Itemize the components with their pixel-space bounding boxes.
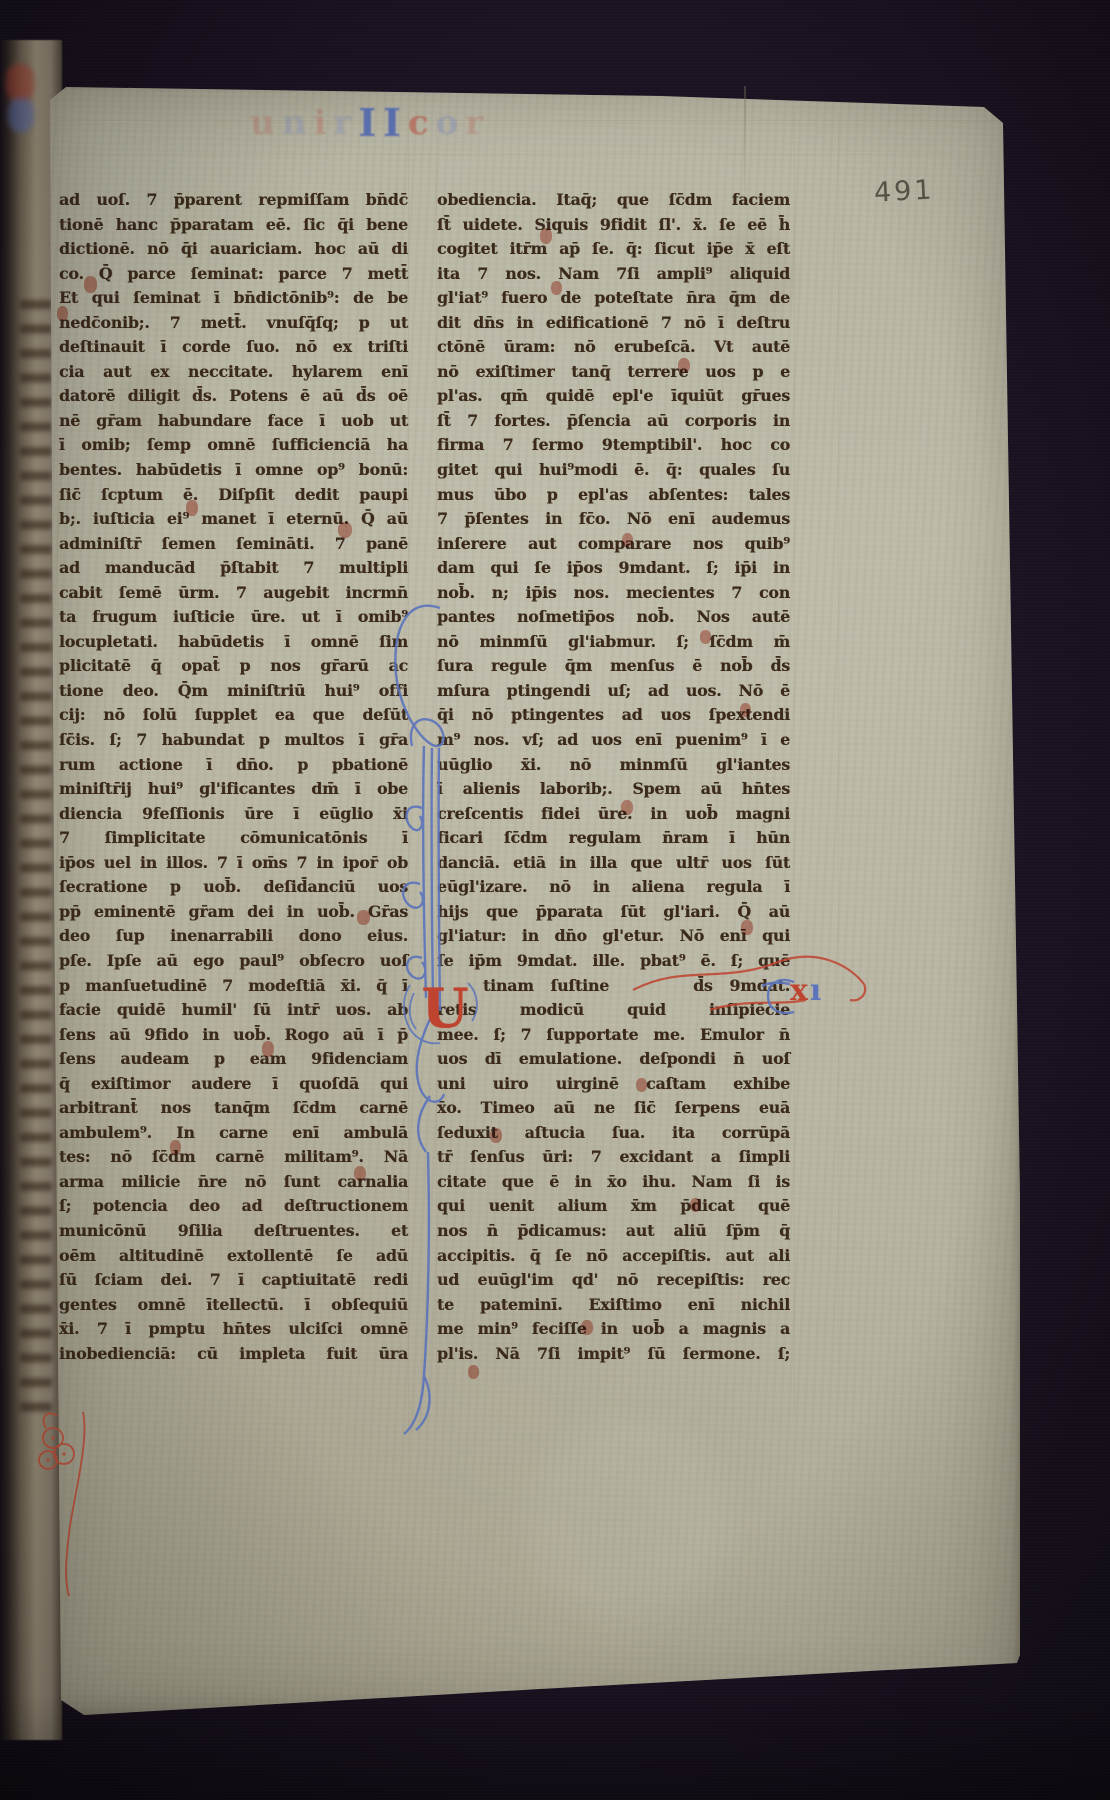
text-line: ī omib; ſemp omnē ſufficienciā ha xyxy=(59,435,408,460)
text-line: q̄ exiſtimor audere ī quoſdā qui xyxy=(59,1074,408,1099)
text-line: dit dn̄s in edificationē 7 nō ī deſtru xyxy=(437,313,790,338)
text-line: pantes noſmetip̄os nob̄. Nos autē xyxy=(437,607,790,632)
text-line: x̄i. 7 ī pmptu hn̄tes ulciſci omnē xyxy=(59,1319,408,1344)
text-line: nedc̄onib;. 7 mett̄. vnuſq̄ſq; p ut xyxy=(59,313,408,338)
text-line: danciā. etiā in illa que ultr̄ uos ſūt xyxy=(437,853,790,878)
text-line: mus ūbo p epl'as abſentes: tales xyxy=(437,485,790,510)
text-line: ip̄os uel in illos. 7 ī om̄s 7 in ipor̄ … xyxy=(59,853,408,878)
text-line: adminiſtr̄ ſemen ſemināti. 7 panē xyxy=(59,534,408,559)
text-line: ctōnē ūram: nō erubeſcā. Vt autē xyxy=(437,337,790,362)
text-line: plicitatē q̄ opat̄ p nos gr̄arū ac xyxy=(59,656,408,681)
text-line: cogitet itr̄m ap̄ ſe. q̄: ſicut ip̄e x̄ … xyxy=(437,239,790,264)
text-line: pſe. Ipſe aū ego paul⁹ obſecro uoſ xyxy=(59,951,408,976)
text-line: b;. iuſticia ei⁹ manet ī eternū. Q̄ aū xyxy=(59,509,408,534)
text-line: inobedienciā: cū impleta fuit ūra xyxy=(59,1344,408,1369)
text-line: eūgl'izare. nō in aliena regula ī xyxy=(437,877,790,902)
text-line: arbitrant̄ nos tanq̄m ſc̄dm carnē xyxy=(59,1098,408,1123)
text-line: deo ſup inenarrabili dono eius. xyxy=(59,926,408,951)
text-line: dictionē. nō q̄i auariciam. hoc aū di xyxy=(59,239,408,264)
text-line: tione deo. Q̄m miniſtriū hui⁹ offi xyxy=(59,681,408,706)
text-line: nob̄. n; ip̄is nos. mecientes 7 con xyxy=(437,583,790,608)
running-title-letter: i xyxy=(313,106,333,140)
ruling-line xyxy=(794,112,795,1412)
text-column-left: ad uoſ. 7 p̄parent repmiſſam bn̄dc̄tionē… xyxy=(59,190,408,1368)
text-line: dam qui ſe ip̄os 9mdant. ſ; ip̄i in xyxy=(437,558,790,583)
text-line: nē gr̄am habundare face ī uob ut xyxy=(59,411,408,436)
manuscript-photograph: unirIIcor 491 ad uoſ. 7 p̄parent repmiſſ… xyxy=(0,0,1110,1800)
text-line: nō exiſtimer tanq̄ terrere uos p e xyxy=(437,362,790,387)
text-line: gl'iat⁹ fuero de poteſtate n̄ra q̄m de xyxy=(437,288,790,313)
text-line: cij: nō ſolū ſupplet ea que deſūt xyxy=(59,705,408,730)
text-line: oēm altitudinē extollentē ſe adū xyxy=(59,1246,408,1271)
ruling-line xyxy=(56,120,1001,121)
text-line: pp̄ eminentē gr̄am dei in uob̄. Gr̄as xyxy=(59,902,408,927)
text-line: cia aut ex neccitate. hylarem enī xyxy=(59,362,408,387)
text-line: x̄o. Timeo aū ne ſic̄ ſerpens euā xyxy=(437,1098,790,1123)
text-line: creſcentis fidei ūre. in uob̄ magni xyxy=(437,804,790,829)
text-line: nos n̄ p̄dicamus: aut aliū ſp̄m q̄ xyxy=(437,1221,790,1246)
text-line: gitet qui hui⁹modi ē. q̄: quales ſu xyxy=(437,460,790,485)
text-line: accipitis. q̄ ſe nō accepiſtis. aut ali xyxy=(437,1246,790,1271)
text-line: cabit ſemē ūrm. 7 augebit incrmn̄ xyxy=(59,583,408,608)
text-line: hijs que p̄parata ſūt gl'iari. Q̄ aū xyxy=(437,902,790,927)
text-line: ſecratione p uob̄. deſid̄anciū uos xyxy=(59,877,408,902)
text-line: pl'is. Nā 7ſi impit⁹ ſū ſermone. ſ; xyxy=(437,1344,790,1369)
text-line: 7 p̄ſentes in fc̄o. Nō enī audemus xyxy=(437,509,790,534)
text-line: ſeduxit aſtucia ſua. ita corrūpā xyxy=(437,1123,790,1148)
text-line: ſens aū 9fido in uob̄. Rogo aū ī p̄ xyxy=(59,1025,408,1050)
text-line: nō minmſū gl'iabmur. ſ; ſc̄dm m̄ xyxy=(437,632,790,657)
text-line: q̄i nō ptingentes ad uos ſpextendi xyxy=(437,705,790,730)
text-line: qui uenit alium x̄m p̄dicat quē xyxy=(437,1196,790,1221)
text-line: 7 ſimplicitate cōmunicatōnis ī xyxy=(59,828,408,853)
folio-number: 491 xyxy=(873,174,935,208)
text-line: ſic̄ ſcptum ē. Diſpſit dedit paupi xyxy=(59,485,408,510)
chapter-marker-letter: x xyxy=(790,976,808,1006)
text-line: co. Q̄ parce ſeminat: parce 7 mett̄ xyxy=(59,264,408,289)
text-line: ſ; potencia deo ad deſtructionem xyxy=(59,1196,408,1221)
text-line: uūglio x̄i. nō minmſū gl'iantes xyxy=(437,755,790,780)
text-line: ambulem⁹. In carne enī ambulā xyxy=(59,1123,408,1148)
previous-page-rubric-blur xyxy=(6,64,34,102)
text-line: citate que ē in x̄o ihu. Nam ſi is xyxy=(437,1172,790,1197)
text-line: ſura regule q̄m menſus ē nob̄ d̄s xyxy=(437,656,790,681)
text-line: miniſtr̄ij hui⁹ gl'ificantes dm̄ ī obe xyxy=(59,779,408,804)
initial-U-filigree-icon xyxy=(398,975,488,1055)
text-line: datorē diligit d̄s. Potens ē aū d̄s oē xyxy=(59,386,408,411)
running-title: unirIIcor xyxy=(250,98,490,148)
text-line: inſerere aut comparare nos quib⁹ xyxy=(437,534,790,559)
text-line: ſc̄is. ſ; 7 habundat p multos ī gr̄a xyxy=(59,730,408,755)
text-line: bentes. habūdetis ī omne op⁹ bonū: xyxy=(59,460,408,485)
ruling-line xyxy=(57,112,58,1452)
text-line: te pateminī. Exiſtimo enī nichil xyxy=(437,1295,790,1320)
text-line: me min⁹ feciſſe in uob̄ a magnis a xyxy=(437,1319,790,1344)
text-line: ſū ſciam dei. 7 ī captiuitatē redi xyxy=(59,1270,408,1295)
text-line: ſt̄ 7 fortes. p̄ſencia aū corporis in xyxy=(437,411,790,436)
running-title-letter: o xyxy=(436,106,466,140)
text-line: ad uoſ. 7 p̄parent repmiſſam bn̄dc̄ xyxy=(59,190,408,215)
text-line: uni uiro uirginē caſtam exhibe xyxy=(437,1074,790,1099)
text-line: rum actione ī dn̄o. p pbationē xyxy=(59,755,408,780)
text-line: tionē hanc p̄paratam eē. ſic q̄i bene xyxy=(59,215,408,240)
text-line: uos dī emulatione. deſpondi n̄ uoſ xyxy=(437,1049,790,1074)
running-title-letter: u xyxy=(250,106,282,140)
chapter-marker-letter: ı xyxy=(810,976,821,1006)
ruling-line xyxy=(56,154,1001,155)
text-line: gentes omnē ītellectū. ī obſequiū xyxy=(59,1295,408,1320)
text-line: p manſuetudinē 7 modeſtiā x̄i. q̄ ī xyxy=(59,976,408,1001)
text-line: ud euūgl'im qd' nō recepiſtis: rec xyxy=(437,1270,790,1295)
ruling-line xyxy=(838,112,839,1362)
text-line: firma 7 ſermo 9temptibil'. hoc co xyxy=(437,435,790,460)
text-line: diencia 9feſſionis ūre ī eūglio x̄i xyxy=(59,804,408,829)
text-line: ficari ſc̄dm regulam n̄ram ī hūn xyxy=(437,828,790,853)
running-title-letter: c xyxy=(408,106,436,140)
text-line: tes: nō ſc̄dm carnē militam⁹. Nā xyxy=(59,1147,408,1172)
pen-trial-doodle-icon xyxy=(26,1404,92,1604)
running-title-letter: n xyxy=(282,106,314,140)
running-title-letter: r xyxy=(333,106,358,140)
red-line-filler-swash-icon xyxy=(628,944,873,1034)
text-line: ſens audeam p eam 9fidenciam xyxy=(59,1049,408,1074)
text-line: deſtinauit ī corde ſuo. nō ex triſti xyxy=(59,337,408,362)
text-line: municōnū 9ſilia deſtruentes. et xyxy=(59,1221,408,1246)
text-line: pl'as. qm̄ quidē epl'e īquiūt gr̄ues xyxy=(437,386,790,411)
running-title-letter: r xyxy=(465,106,490,140)
text-line: ad manducād p̄ſtabit 7 multipli xyxy=(59,558,408,583)
text-line: ta frugum iuſticie ūre. ut ī omib⁹ xyxy=(59,607,408,632)
previous-page-penwork-blur xyxy=(8,98,34,132)
text-line: ī alienis laborib;. Spem aū hn̄tes xyxy=(437,779,790,804)
previous-page-text-blur xyxy=(20,300,52,1420)
text-line: locupletati. habūdetis ī omnē ſim xyxy=(59,632,408,657)
text-line: arma milicie n̄re nō ſunt carnalia xyxy=(59,1172,408,1197)
text-line: ſt̄ uidete. Siquis 9fidit ſl'. x̄. ſe eē… xyxy=(437,215,790,240)
chapter-marker-XI: xı xyxy=(788,976,821,1006)
running-title-letter: II xyxy=(358,104,408,142)
text-line: mſura ptingendi uſ; ad uos. Nō ē xyxy=(437,681,790,706)
text-line: facie quidē humil' ſū intr̄ uos. ab xyxy=(59,1000,408,1025)
text-line: obediencia. Itaq̄; que ſc̄dm faciem xyxy=(437,190,790,215)
text-column-right: obediencia. Itaq̄; que ſc̄dm faciemſt̄ u… xyxy=(437,190,790,1368)
text-line: Et qui ſeminat ī bn̄dictōnib⁹: de be xyxy=(59,288,408,313)
text-line: ita 7 nos. Nam 7ſi ampli⁹ aliquid xyxy=(437,264,790,289)
text-line: m⁹ nos. vſ; ad uos enī puenim⁹ ī e xyxy=(437,730,790,755)
text-line: tr̄ ſenſus ūri: 7 excidant a ſimpli xyxy=(437,1147,790,1172)
